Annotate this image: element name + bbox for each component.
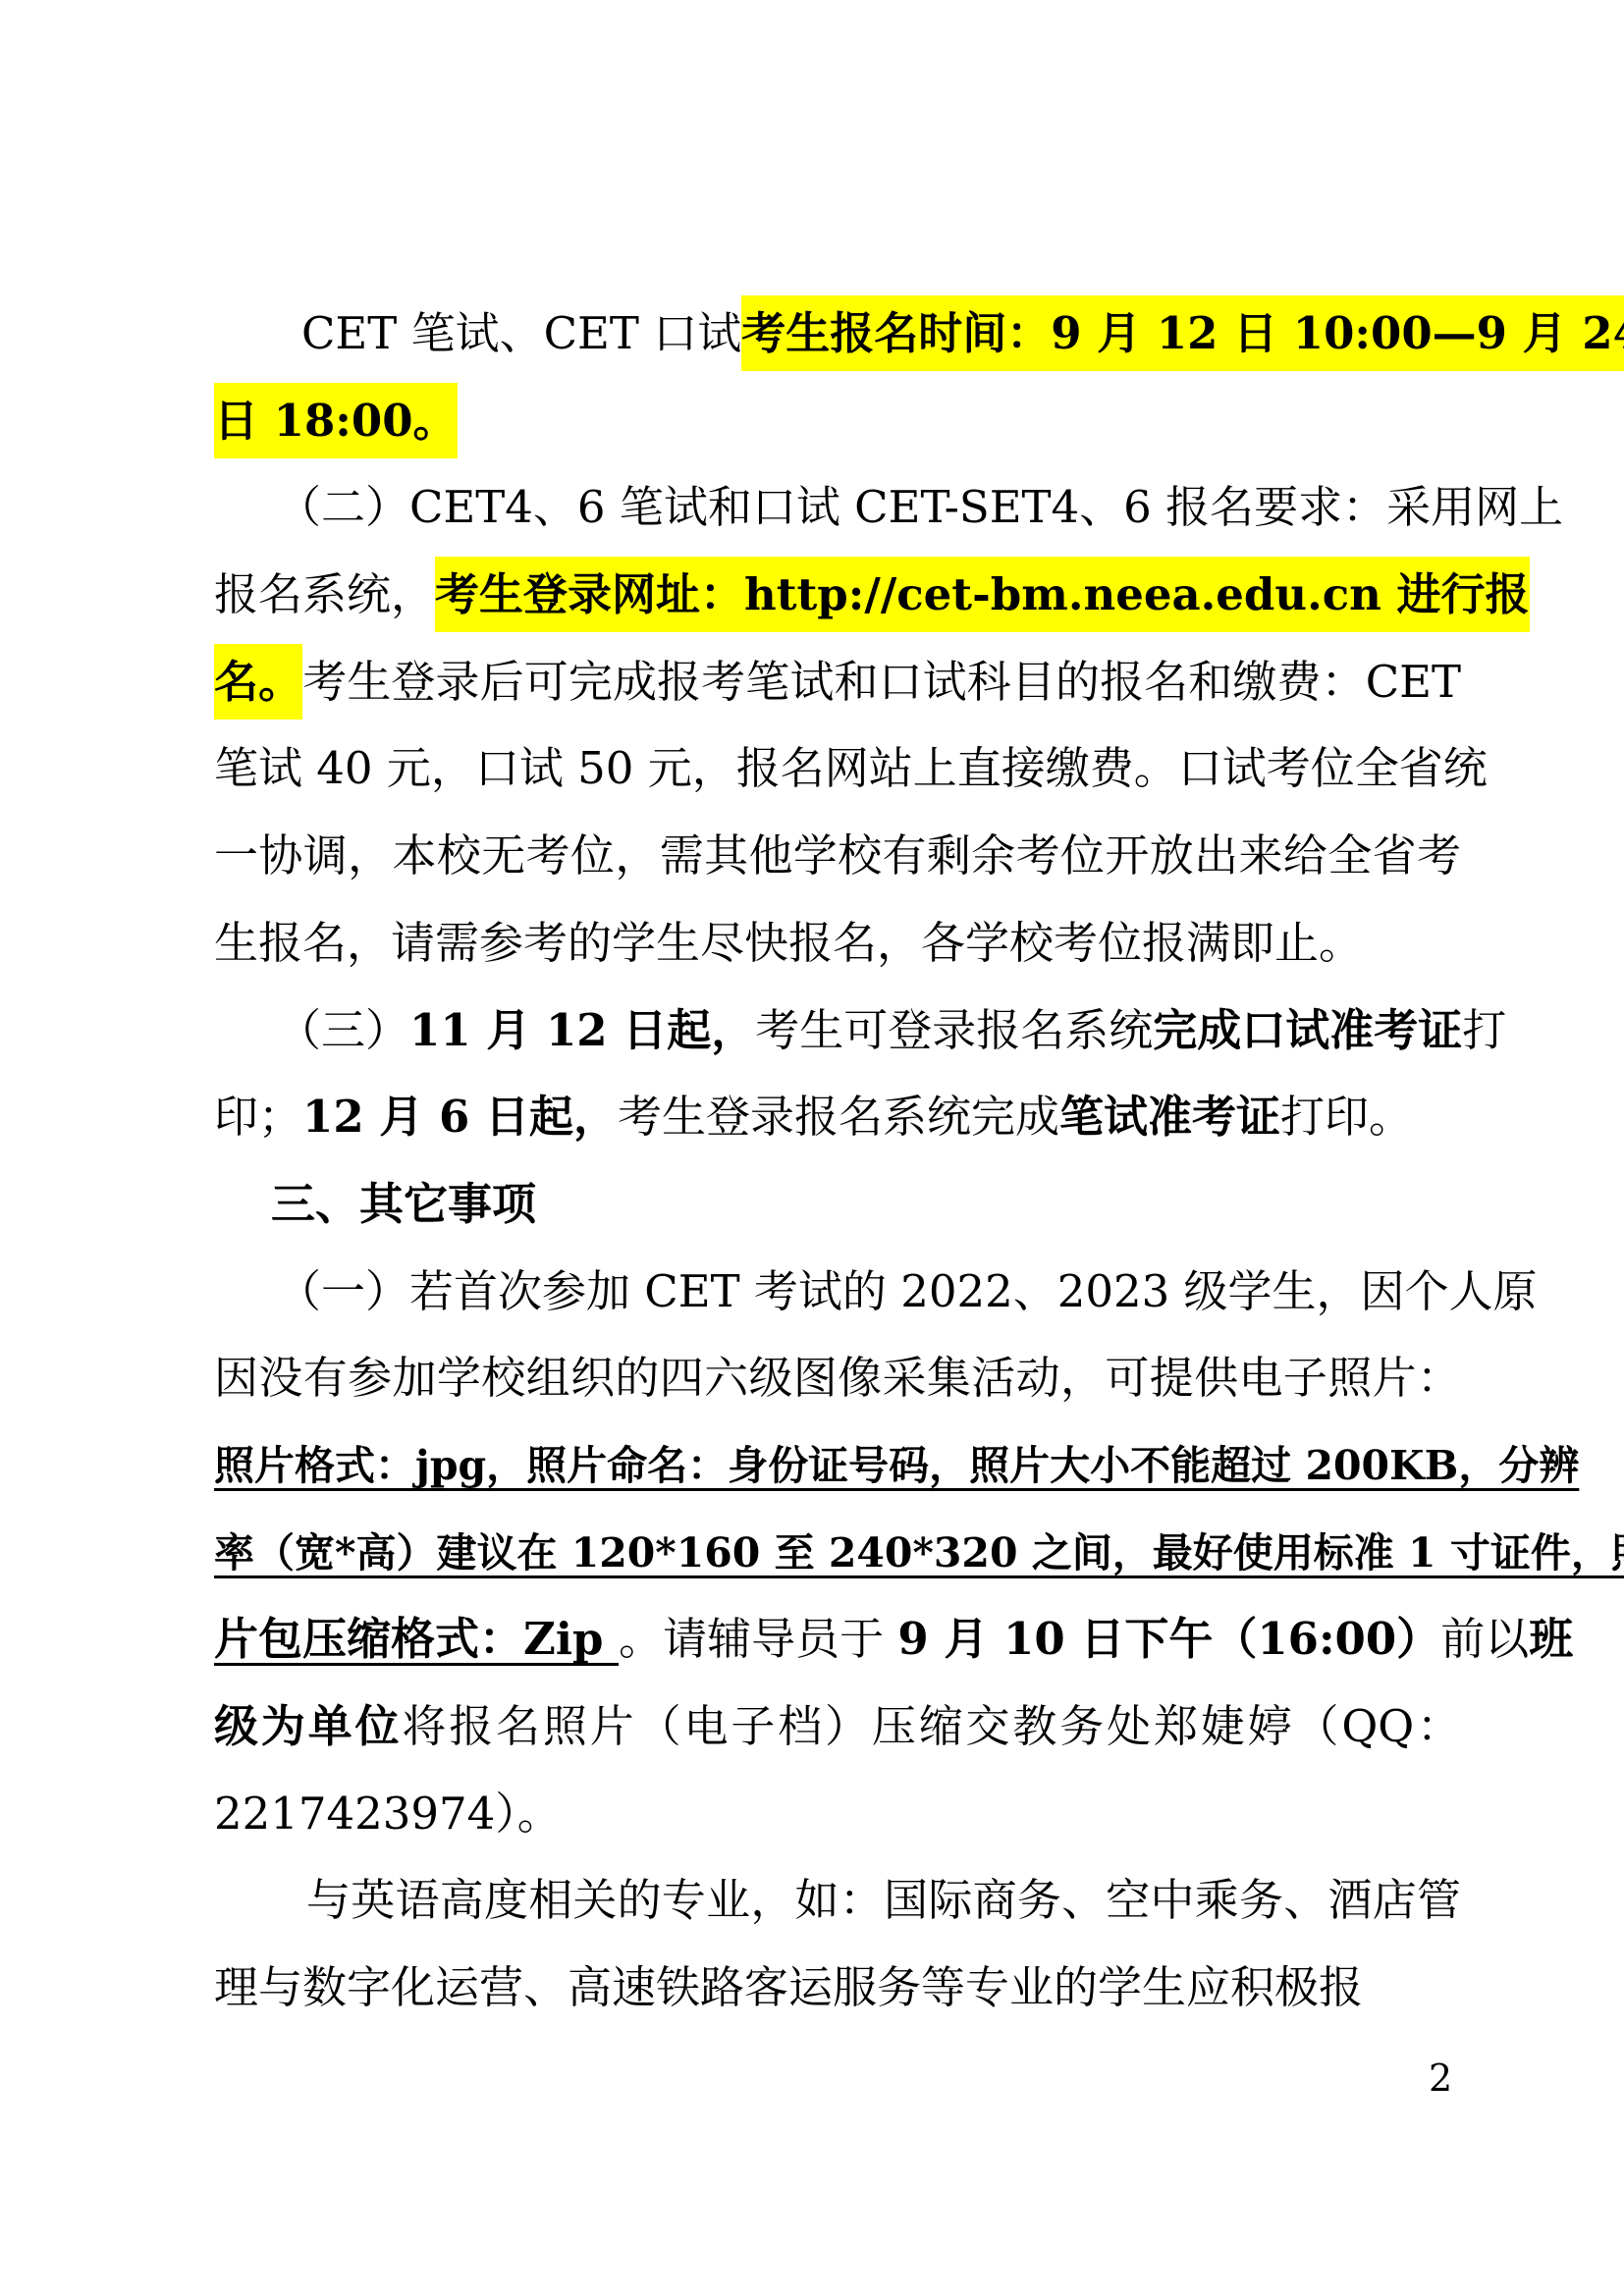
doc-line: CET 笔试、CET 口试考生报名时间：9 月 12 日 10:00—9 月 2…	[214, 291, 1461, 378]
doc-run: 笔试 40 元，口试 50 元，报名网站上直接缴费。口试考位全省统	[214, 742, 1488, 794]
doc-run: 。请辅导员于	[619, 1613, 897, 1665]
doc-line: 2217423974）。	[214, 1771, 1461, 1858]
doc-run: 考生登录报名系统完成	[618, 1091, 1059, 1143]
doc-line: （三）11 月 12 日起，考生可登录报名系统完成口试准考证打	[214, 988, 1461, 1075]
doc-run: （一）若首次参加 CET 考试的 2022、2023 级学生，因个人原	[277, 1265, 1538, 1317]
bold-run: 11 月 12 日起，	[409, 1004, 755, 1056]
doc-run: 2217423974）。	[214, 1788, 562, 1840]
doc-run: 报名系统，	[214, 568, 435, 620]
doc-line: （二）CET4、6 笔试和口试 CET-SET4、6 报名要求：采用网上	[214, 464, 1461, 552]
bold-run: 级为单位	[214, 1700, 402, 1752]
bold-underlined-run: 率（宽*高）建议在 120*160 至 240*320 之间，最好使用标准 1 …	[214, 1529, 1624, 1576]
doc-line: 生报名，请需参考的学生尽快报名，各学校考位报满即止。	[214, 900, 1461, 988]
bold-run: 9 月 10 日下午（16:00）	[897, 1613, 1440, 1665]
doc-line: 照片格式：jpg，照片命名：身份证号码，照片大小不能超过 200KB，分辨	[214, 1422, 1461, 1510]
section-heading: 三、其它事项	[214, 1161, 1461, 1249]
doc-run: 因没有参加学校组织的四六级图像采集活动，可提供电子照片：	[214, 1352, 1461, 1404]
doc-run: 考生可登录报名系统	[755, 1004, 1153, 1056]
highlighted-run: 考生登录网址：http://cet-bm.neea.edu.cn 进行报	[435, 557, 1530, 632]
doc-run: 理与数字化运营、高速铁路客运服务等专业的学生应积极报	[214, 1961, 1363, 2013]
doc-line: 名。考生登录后可完成报考笔试和口试科目的报名和缴费：CET	[214, 639, 1461, 726]
bold-run: 班	[1529, 1613, 1573, 1665]
doc-line: （一）若首次参加 CET 考试的 2022、2023 级学生，因个人原	[214, 1249, 1461, 1336]
doc-line: 理与数字化运营、高速铁路客运服务等专业的学生应积极报	[214, 1945, 1461, 2032]
highlighted-run: 日 18:00。	[214, 383, 458, 458]
doc-run: 将报名照片（电子档）压缩交教务处郑婕婷（QQ：	[402, 1700, 1461, 1752]
doc-run: 前以	[1440, 1613, 1529, 1665]
doc-run: 一协调，本校无考位，需其他学校有剩余考位开放出来给全省考	[214, 829, 1461, 881]
document-page: CET 笔试、CET 口试考生报名时间：9 月 12 日 10:00—9 月 2…	[0, 0, 1624, 2296]
doc-run: CET 笔试、CET 口试	[301, 307, 741, 359]
bold-run: 完成口试准考证	[1153, 1004, 1462, 1056]
doc-run: 印；	[214, 1091, 302, 1143]
bold-run: 12 月 6 日起，	[302, 1091, 618, 1143]
bold-run: 笔试准考证	[1059, 1091, 1280, 1143]
bold-underlined-run: 照片格式：jpg，照片命名：身份证号码，照片大小不能超过 200KB，分辨	[214, 1442, 1579, 1489]
doc-line: 一协调，本校无考位，需其他学校有剩余考位开放出来给全省考	[214, 813, 1461, 900]
doc-line: 与英语高度相关的专业，如：国际商务、空中乘务、酒店管	[214, 1857, 1461, 1945]
doc-run: （三）	[277, 1004, 409, 1056]
doc-run: 打印。	[1280, 1091, 1413, 1143]
bold-underlined-run: 片包压缩格式：Zip	[214, 1613, 619, 1665]
doc-line: 片包压缩格式：Zip 。请辅导员于 9 月 10 日下午（16:00）前以班	[214, 1596, 1461, 1683]
page-number: 2	[1429, 2054, 1452, 2103]
doc-line: 日 18:00。	[214, 378, 1461, 465]
doc-line: 印；12 月 6 日起，考生登录报名系统完成笔试准考证打印。	[214, 1074, 1461, 1161]
doc-line: 率（宽*高）建议在 120*160 至 240*320 之间，最好使用标准 1 …	[214, 1510, 1461, 1597]
highlighted-run: 名。	[214, 644, 302, 720]
doc-line: 笔试 40 元，口试 50 元，报名网站上直接缴费。口试考位全省统	[214, 725, 1461, 813]
bold-run: 三、其它事项	[271, 1178, 536, 1230]
doc-run: 与英语高度相关的专业，如：国际商务、空中乘务、酒店管	[306, 1874, 1461, 1926]
highlighted-run: 考生报名时间：9 月 12 日 10:00—9 月 24	[741, 295, 1624, 371]
doc-run: （二）CET4、6 笔试和口试 CET-SET4、6 报名要求：采用网上	[277, 481, 1563, 533]
doc-line: 报名系统，考生登录网址：http://cet-bm.neea.edu.cn 进行…	[214, 552, 1461, 639]
document-body: CET 笔试、CET 口试考生报名时间：9 月 12 日 10:00—9 月 2…	[214, 291, 1461, 2032]
doc-run: 考生登录后可完成报考笔试和口试科目的报名和缴费：CET	[302, 656, 1461, 708]
doc-line: 因没有参加学校组织的四六级图像采集活动，可提供电子照片：	[214, 1335, 1461, 1422]
doc-run: 打	[1462, 1004, 1506, 1056]
doc-line: 级为单位将报名照片（电子档）压缩交教务处郑婕婷（QQ：	[214, 1683, 1461, 1771]
doc-run: 生报名，请需参考的学生尽快报名，各学校考位报满即止。	[214, 917, 1363, 969]
